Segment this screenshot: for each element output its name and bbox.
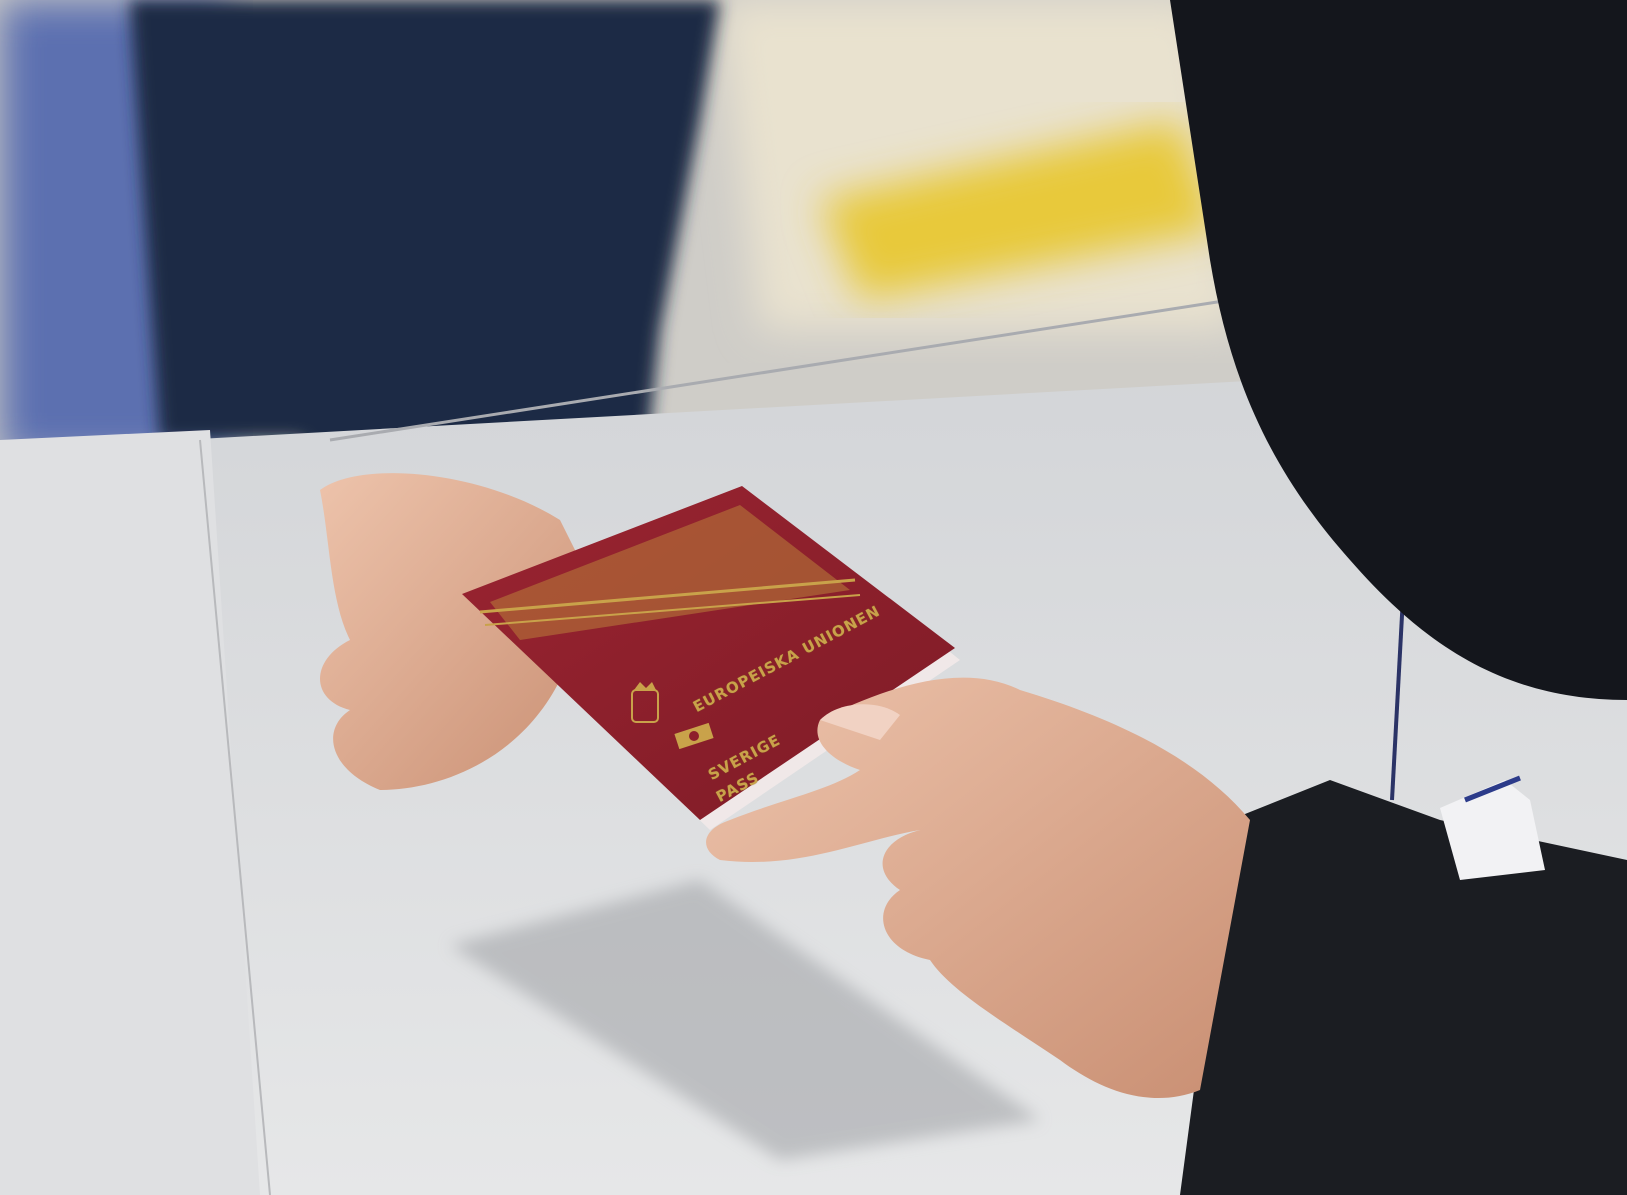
photo-scene: EUROPEISKA UNIONEN SVERIGE PASS [0,0,1627,1195]
scene-illustration [0,0,1627,1195]
